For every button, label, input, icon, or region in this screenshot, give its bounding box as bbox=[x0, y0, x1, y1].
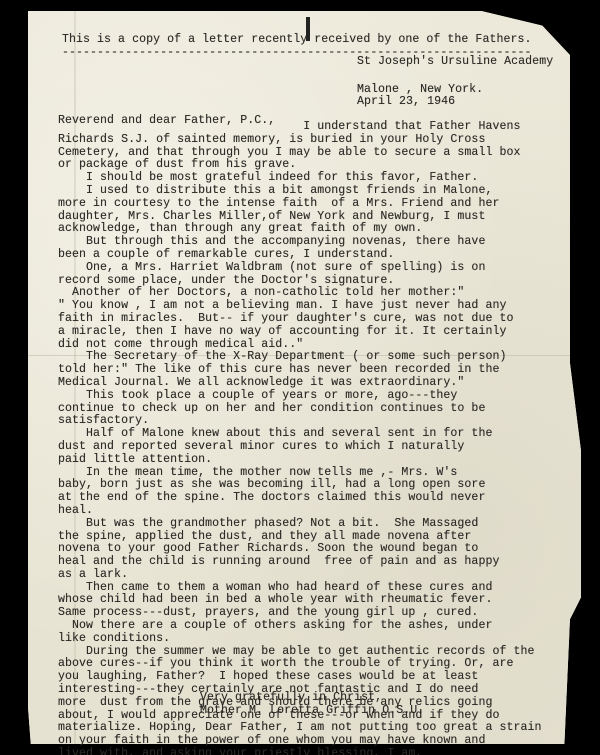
letter-body: I understand that Father Havens Richards… bbox=[58, 121, 542, 755]
signature: Mother M. Loretta Griffin O.S.U. bbox=[200, 705, 424, 718]
letter-date: April 23, 1946 bbox=[357, 96, 455, 109]
header-note: This is a copy of a letter recently rece… bbox=[62, 34, 532, 47]
closing: Very gratefully in Christ, bbox=[200, 692, 382, 705]
sender-institution: St Joseph's Ursuline Academy bbox=[357, 56, 553, 69]
